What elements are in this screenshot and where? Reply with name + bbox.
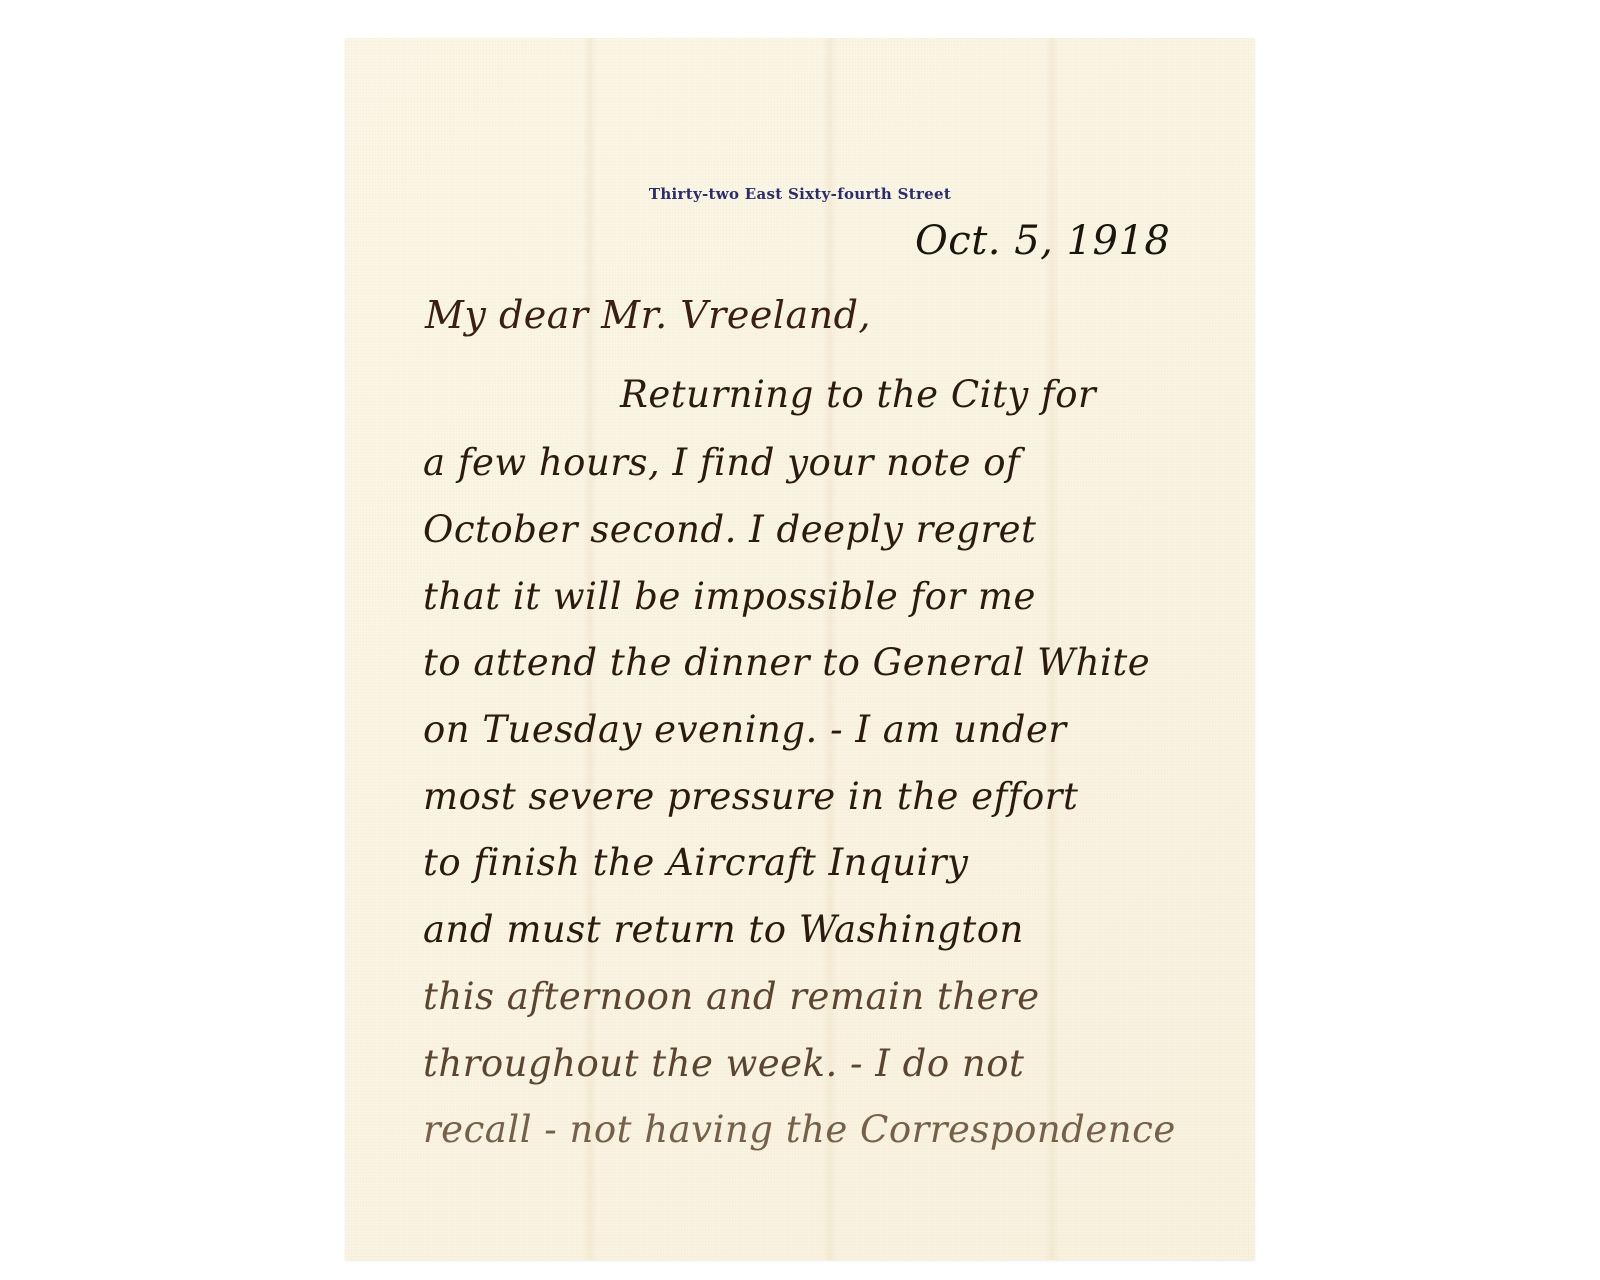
body-line: and must return to Washington (423, 908, 1024, 951)
letter-page: Thirty-two East Sixty-fourth Street Oct.… (345, 38, 1255, 1260)
body-line: recall - not having the Correspondence (423, 1108, 1176, 1151)
letterhead-address: Thirty-two East Sixty-fourth Street (345, 185, 1255, 203)
letter-salutation: My dear Mr. Vreeland, (425, 293, 871, 337)
body-line: October second. I deeply regret (423, 508, 1036, 551)
body-line: on Tuesday evening. - I am under (423, 708, 1067, 751)
body-line: throughout the week. - I do not (423, 1042, 1024, 1085)
body-line: Returning to the City for (620, 373, 1096, 416)
letter-date: Oct. 5, 1918 (915, 218, 1170, 264)
body-line: most severe pressure in the effort (423, 775, 1078, 818)
body-line: that it will be impossible for me (423, 575, 1036, 618)
body-line: to attend the dinner to General White (423, 641, 1150, 684)
body-line: to finish the Aircraft Inquiry (423, 841, 968, 884)
body-line: a few hours, I find your note of (423, 441, 1020, 484)
body-line: this afternoon and remain there (423, 975, 1040, 1018)
